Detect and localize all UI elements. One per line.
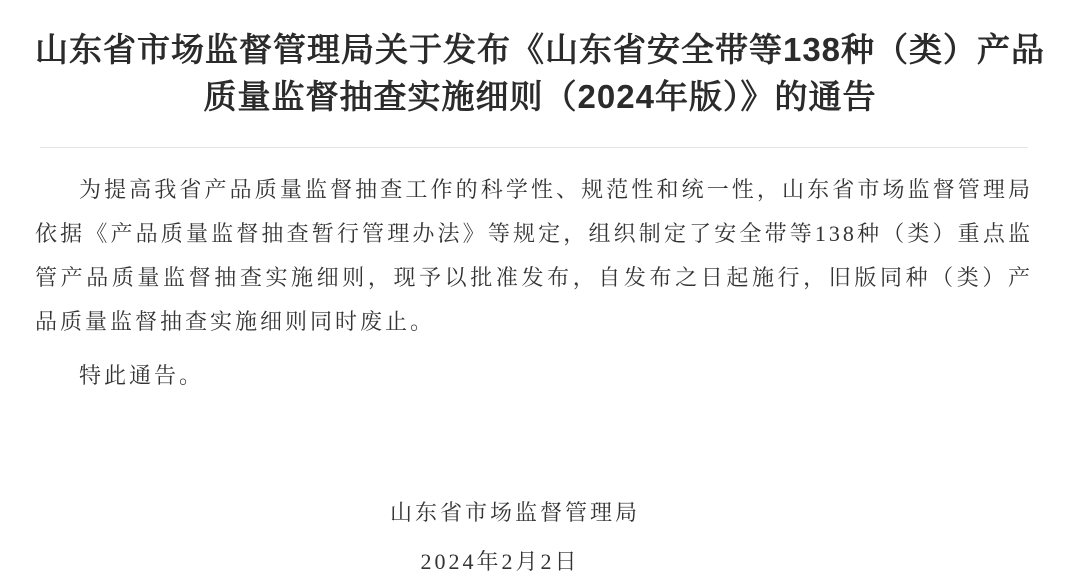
paragraph-closing: 特此通告。 — [35, 354, 1033, 398]
paragraph-main: 为提高我省产品质量监督抽查工作的科学性、规范性和统一性，山东省市场监督管理局依据… — [35, 168, 1033, 344]
issuer-name: 山东省市场监督管理局 — [0, 490, 1030, 536]
notice-body: 为提高我省产品质量监督抽查工作的科学性、规范性和统一性，山东省市场监督管理局依据… — [35, 168, 1033, 398]
notice-title: 山东省市场监督管理局关于发布《山东省安全带等138种（类）产品质量监督抽查实施细… — [30, 26, 1050, 120]
title-separator — [40, 147, 1028, 148]
signature-block: 山东省市场监督管理局 2024年2月2日 — [0, 490, 1080, 585]
issue-date: 2024年2月2日 — [0, 539, 1000, 585]
notice-document: 山东省市场监督管理局关于发布《山东省安全带等138种（类）产品质量监督抽查实施细… — [0, 0, 1080, 586]
